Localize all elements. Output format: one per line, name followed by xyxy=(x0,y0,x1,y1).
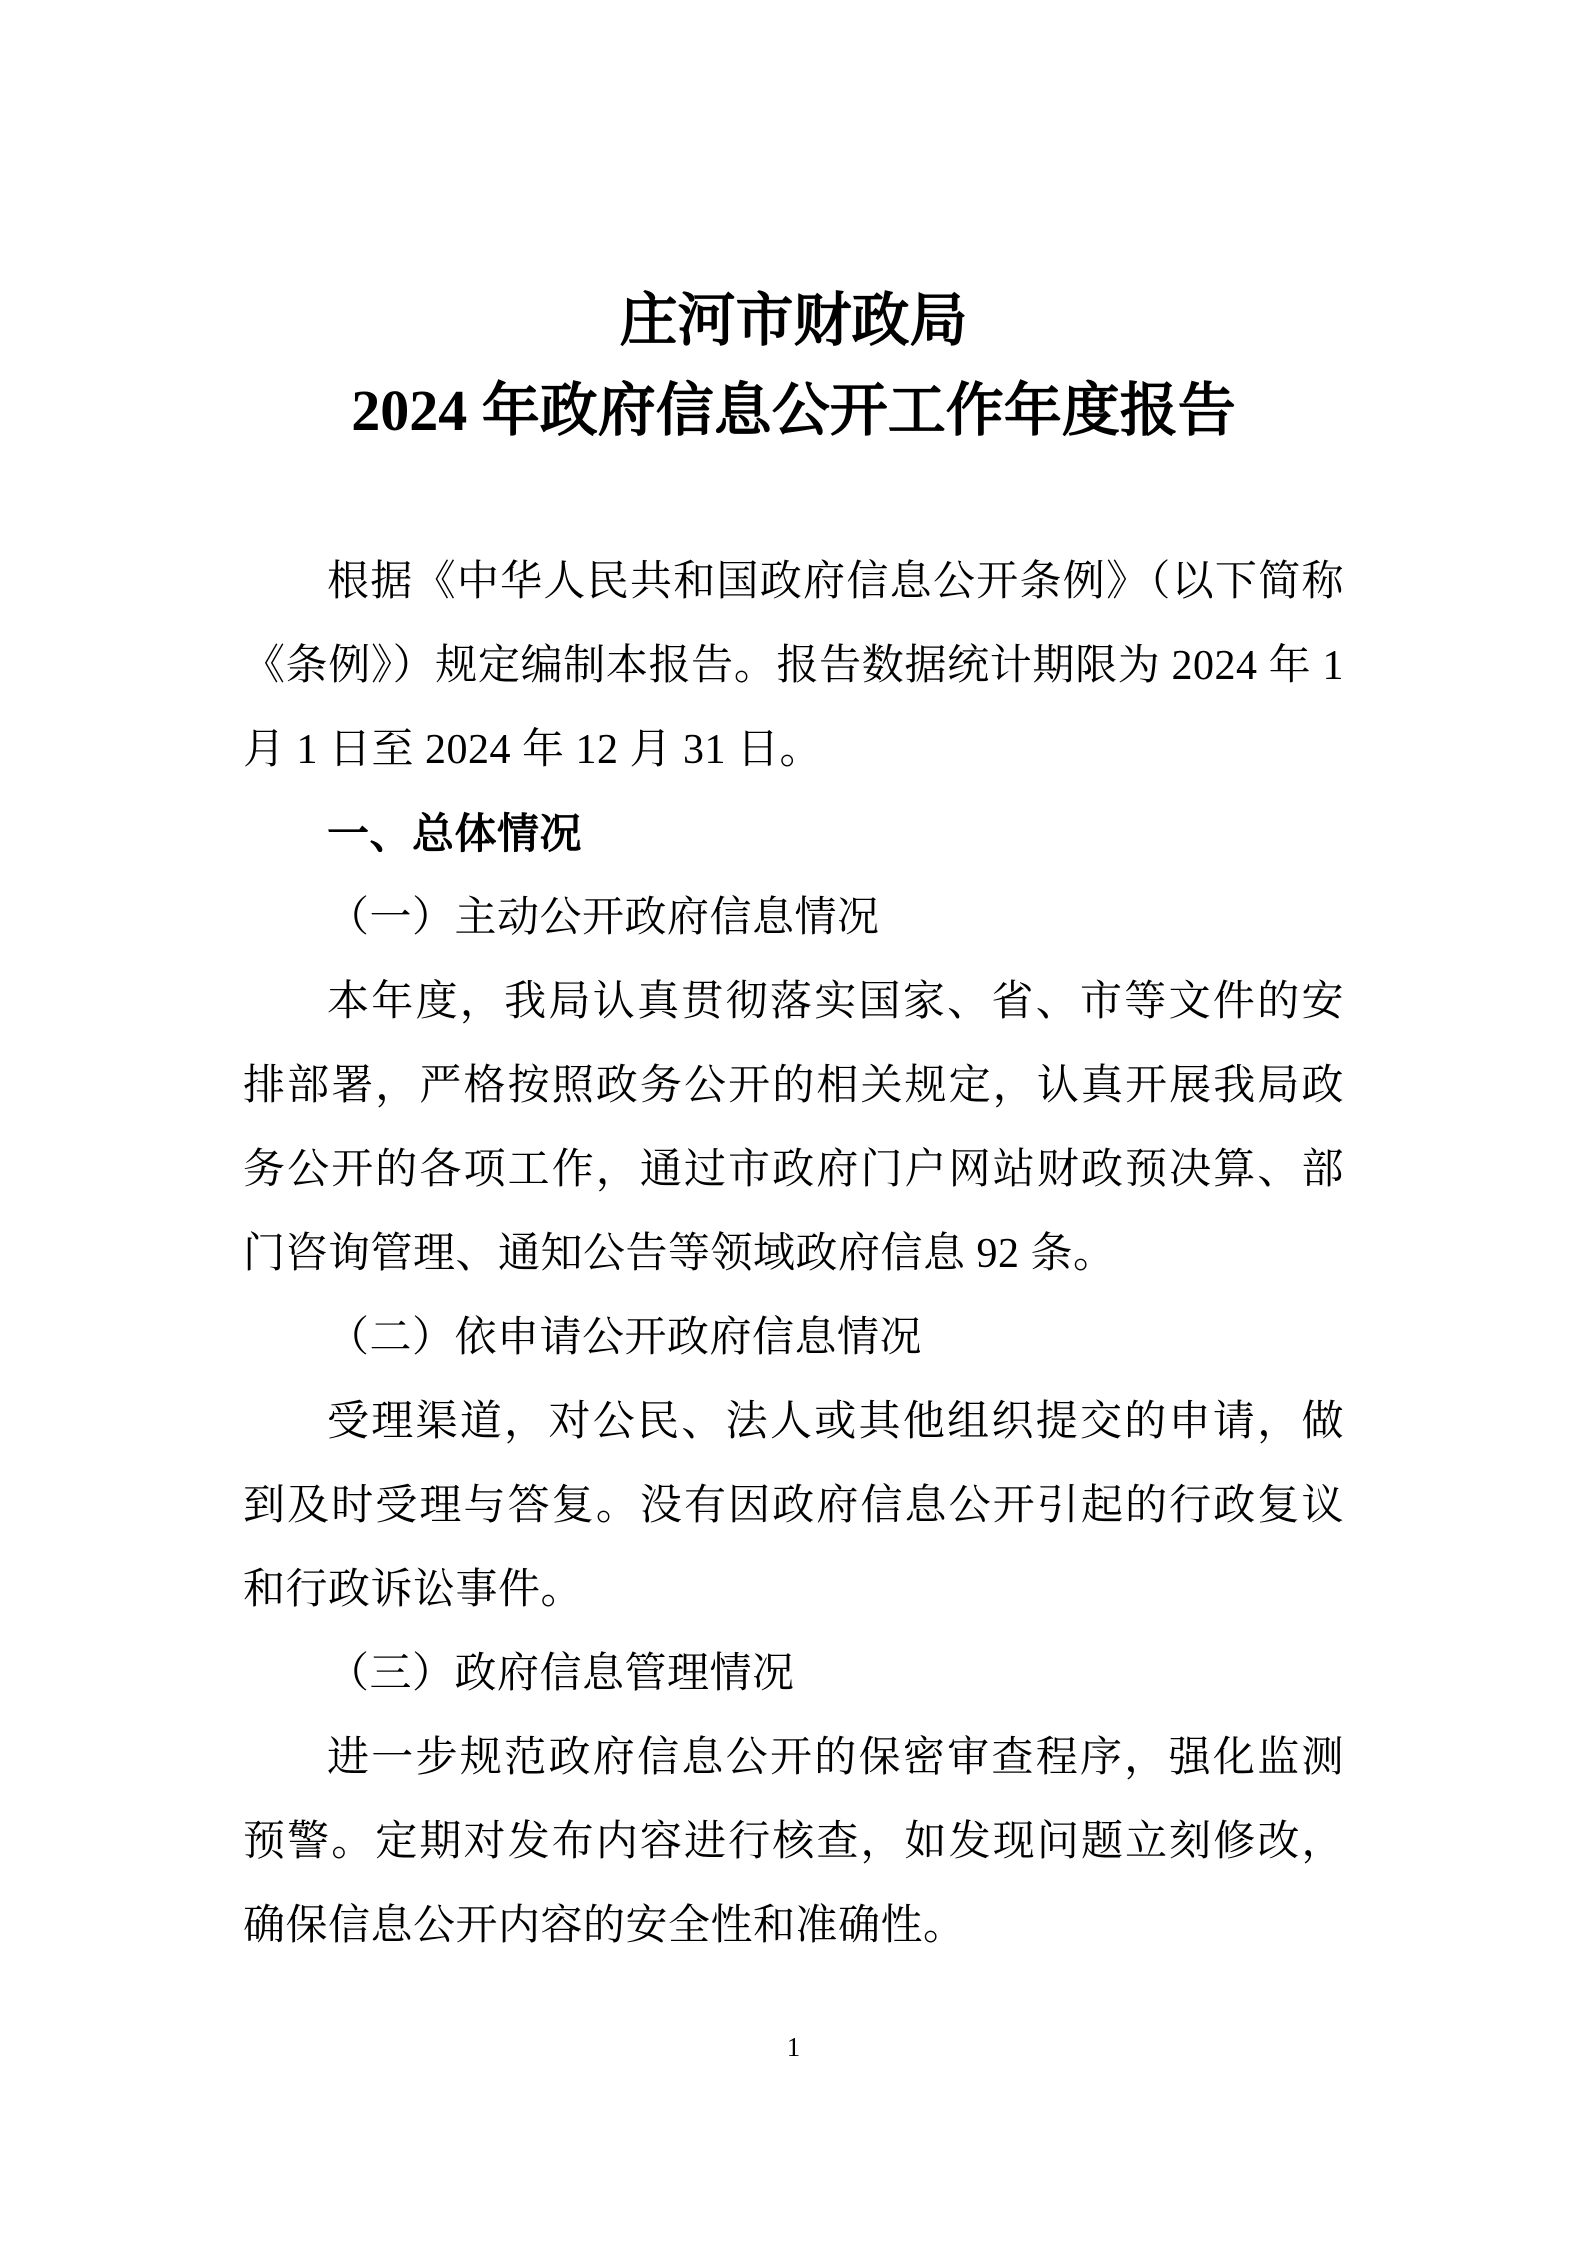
document-page: 庄河市财政局 2024 年政府信息公开工作年度报告 根据《中华人民共和国政府信息… xyxy=(0,0,1587,2245)
page-content: 庄河市财政局 2024 年政府信息公开工作年度报告 根据《中华人民共和国政府信息… xyxy=(243,0,1344,1968)
subsection-3-paragraph: 进一步规范政府信息公开的保密审查程序，强化监测预警。定期对发布内容进行核查，如发… xyxy=(243,1716,1344,1968)
page-number: 1 xyxy=(0,2030,1587,2064)
subsection-2-paragraph: 受理渠道，对公民、法人或其他组织提交的申请，做到及时受理与答复。没有因政府信息公… xyxy=(243,1380,1344,1632)
document-title: 庄河市财政局 2024 年政府信息公开工作年度报告 xyxy=(243,276,1344,456)
subsection-3-heading: （三）政府信息管理情况 xyxy=(243,1632,1344,1716)
document-title-line-2: 2024 年政府信息公开工作年度报告 xyxy=(243,366,1344,456)
subsection-2-heading: （二）依申请公开政府信息情况 xyxy=(243,1296,1344,1380)
intro-paragraph: 根据《中华人民共和国政府信息公开条例》（以下简称《条例》）规定编制本报告。报告数… xyxy=(243,540,1344,792)
document-body: 根据《中华人民共和国政府信息公开条例》（以下简称《条例》）规定编制本报告。报告数… xyxy=(243,540,1344,1968)
subsection-1-paragraph: 本年度，我局认真贯彻落实国家、省、市等文件的安排部署，严格按照政务公开的相关规定… xyxy=(243,960,1344,1296)
section-1-heading: 一、总体情况 xyxy=(243,792,1344,876)
document-title-line-1: 庄河市财政局 xyxy=(243,276,1344,366)
subsection-1-heading: （一）主动公开政府信息情况 xyxy=(243,876,1344,960)
